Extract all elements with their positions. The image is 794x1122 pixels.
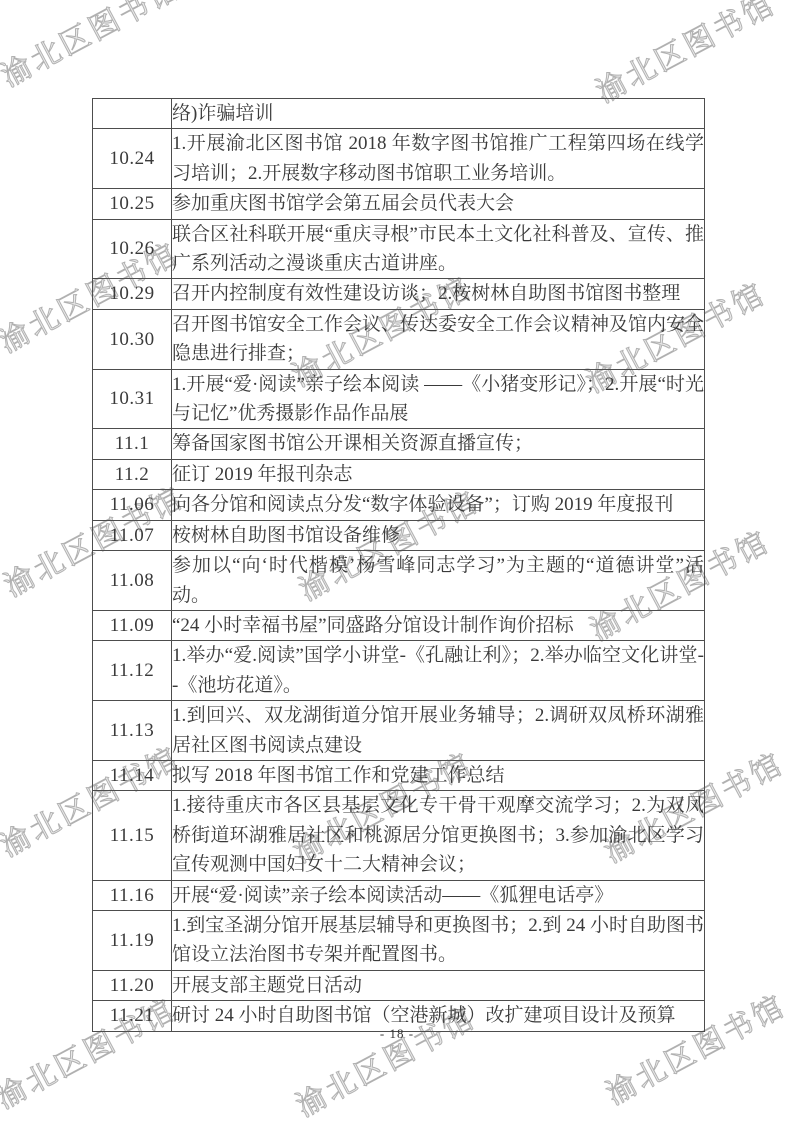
date-cell: 11.13 bbox=[93, 701, 172, 761]
date-cell: 10.25 bbox=[93, 189, 172, 219]
date-cell: 11.06 bbox=[93, 490, 172, 520]
date-cell: 10.29 bbox=[93, 279, 172, 309]
activity-cell: 1.到宝圣湖分馆开展基层辅导和更换图书；2.到 24 小时自助图书馆设立法治图书… bbox=[172, 910, 705, 970]
activity-cell: 征订 2019 年报刊杂志 bbox=[172, 459, 705, 489]
table-row: 10.26 联合区社科联开展“重庆寻根”市民本土文化社科普及、宣传、推广系列活动… bbox=[93, 219, 705, 279]
table-row: 10.30 召开图书馆安全工作会议、传达委安全工作会议精神及馆内安全隐患进行排查… bbox=[93, 309, 705, 369]
table-row: 11.16 开展“爱·阅读”亲子绘本阅读活动——《狐狸电话亭》 bbox=[93, 880, 705, 910]
table-row: 11.12 1.举办“爱.阅读”国学小讲堂-《孔融让利》；2.举办临空文化讲堂-… bbox=[93, 641, 705, 701]
page-number: - 18 - bbox=[0, 1026, 794, 1042]
date-cell: 11.19 bbox=[93, 910, 172, 970]
table-row: 10.29 召开内控制度有效性建设访谈；2.桉树林自助图书馆图书整理 bbox=[93, 279, 705, 309]
date-cell bbox=[93, 99, 172, 129]
date-cell: 11.15 bbox=[93, 791, 172, 880]
date-cell: 11.2 bbox=[93, 459, 172, 489]
date-cell: 11.07 bbox=[93, 520, 172, 550]
date-cell: 11.08 bbox=[93, 551, 172, 611]
watermark-text: 渝北区图书馆 bbox=[590, 0, 783, 112]
date-cell: 10.26 bbox=[93, 219, 172, 279]
activity-cell: 1.接待重庆市各区县基层文化专干骨干观摩交流学习；2.为双凤桥街道环湖雅居社区和… bbox=[172, 791, 705, 880]
table-row: 11.15 1.接待重庆市各区县基层文化专干骨干观摩交流学习；2.为双凤桥街道环… bbox=[93, 791, 705, 880]
table-row: 11.09 “24 小时幸福书屋”同盛路分馆设计制作询价招标 bbox=[93, 610, 705, 640]
activity-cell: “24 小时幸福书屋”同盛路分馆设计制作询价招标 bbox=[172, 610, 705, 640]
activity-cell: 召开内控制度有效性建设访谈；2.桉树林自助图书馆图书整理 bbox=[172, 279, 705, 309]
date-cell: 10.24 bbox=[93, 129, 172, 189]
schedule-table: 络)诈骗培训 10.24 1.开展渝北区图书馆 2018 年数字图书馆推广工程第… bbox=[92, 98, 705, 1032]
table-row: 11.13 1.到回兴、双龙湖街道分馆开展业务辅导；2.调研双凤桥环湖雅居社区图… bbox=[93, 701, 705, 761]
table-row: 10.24 1.开展渝北区图书馆 2018 年数字图书馆推广工程第四场在线学习培… bbox=[93, 129, 705, 189]
date-cell: 10.30 bbox=[93, 309, 172, 369]
document-page: 渝北区图书馆渝北区图书馆渝北区图书馆渝北区图书馆渝北区图书馆渝北区图书馆渝北区图… bbox=[0, 0, 794, 1122]
table-row: 11.2 征订 2019 年报刊杂志 bbox=[93, 459, 705, 489]
table-row: 11.19 1.到宝圣湖分馆开展基层辅导和更换图书；2.到 24 小时自助图书馆… bbox=[93, 910, 705, 970]
date-cell: 11.1 bbox=[93, 429, 172, 459]
date-cell: 10.31 bbox=[93, 369, 172, 429]
activity-cell: 筹备国家图书馆公开课相关资源直播宣传； bbox=[172, 429, 705, 459]
table-row: 11.14 拟写 2018 年图书馆工作和党建工作总结 bbox=[93, 760, 705, 790]
activity-cell: 参加以“向‘时代楷模’杨雪峰同志学习”为主题的“道德讲堂”活动。 bbox=[172, 551, 705, 611]
table-row: 11.1 筹备国家图书馆公开课相关资源直播宣传； bbox=[93, 429, 705, 459]
activity-cell: 桉树林自助图书馆设备维修 bbox=[172, 520, 705, 550]
activity-cell: 召开图书馆安全工作会议、传达委安全工作会议精神及馆内安全隐患进行排查； bbox=[172, 309, 705, 369]
table-row: 10.31 1.开展“爱·阅读”亲子绘本阅读 ——《小猪变形记》；2.开展“时光… bbox=[93, 369, 705, 429]
date-cell: 11.14 bbox=[93, 760, 172, 790]
watermark-text: 渝北区图书馆 bbox=[0, 0, 188, 96]
table-row: 络)诈骗培训 bbox=[93, 99, 705, 129]
table-row: 11.20 开展支部主题党日活动 bbox=[93, 970, 705, 1000]
table-row: 11.08 参加以“向‘时代楷模’杨雪峰同志学习”为主题的“道德讲堂”活动。 bbox=[93, 551, 705, 611]
table-row: 11.07 桉树林自助图书馆设备维修 bbox=[93, 520, 705, 550]
activity-cell: 1.举办“爱.阅读”国学小讲堂-《孔融让利》；2.举办临空文化讲堂--《池坊花道… bbox=[172, 641, 705, 701]
date-cell: 11.09 bbox=[93, 610, 172, 640]
date-cell: 11.12 bbox=[93, 641, 172, 701]
activity-cell: 向各分馆和阅读点分发“数字体验设备”；订购 2019 年度报刊 bbox=[172, 490, 705, 520]
date-cell: 11.20 bbox=[93, 970, 172, 1000]
activity-cell: 拟写 2018 年图书馆工作和党建工作总结 bbox=[172, 760, 705, 790]
activity-cell: 1.开展“爱·阅读”亲子绘本阅读 ——《小猪变形记》；2.开展“时光与记忆”优秀… bbox=[172, 369, 705, 429]
table-row: 11.06 向各分馆和阅读点分发“数字体验设备”；订购 2019 年度报刊 bbox=[93, 490, 705, 520]
activity-cell: 络)诈骗培训 bbox=[172, 99, 705, 129]
activity-cell: 联合区社科联开展“重庆寻根”市民本土文化社科普及、宣传、推广系列活动之漫谈重庆古… bbox=[172, 219, 705, 279]
activity-cell: 1.开展渝北区图书馆 2018 年数字图书馆推广工程第四场在线学习培训；2.开展… bbox=[172, 129, 705, 189]
activity-cell: 1.到回兴、双龙湖街道分馆开展业务辅导；2.调研双凤桥环湖雅居社区图书阅读点建设 bbox=[172, 701, 705, 761]
activity-cell: 开展支部主题党日活动 bbox=[172, 970, 705, 1000]
activity-cell: 参加重庆图书馆学会第五届会员代表大会 bbox=[172, 189, 705, 219]
table-row: 10.25 参加重庆图书馆学会第五届会员代表大会 bbox=[93, 189, 705, 219]
date-cell: 11.16 bbox=[93, 880, 172, 910]
activity-cell: 开展“爱·阅读”亲子绘本阅读活动——《狐狸电话亭》 bbox=[172, 880, 705, 910]
